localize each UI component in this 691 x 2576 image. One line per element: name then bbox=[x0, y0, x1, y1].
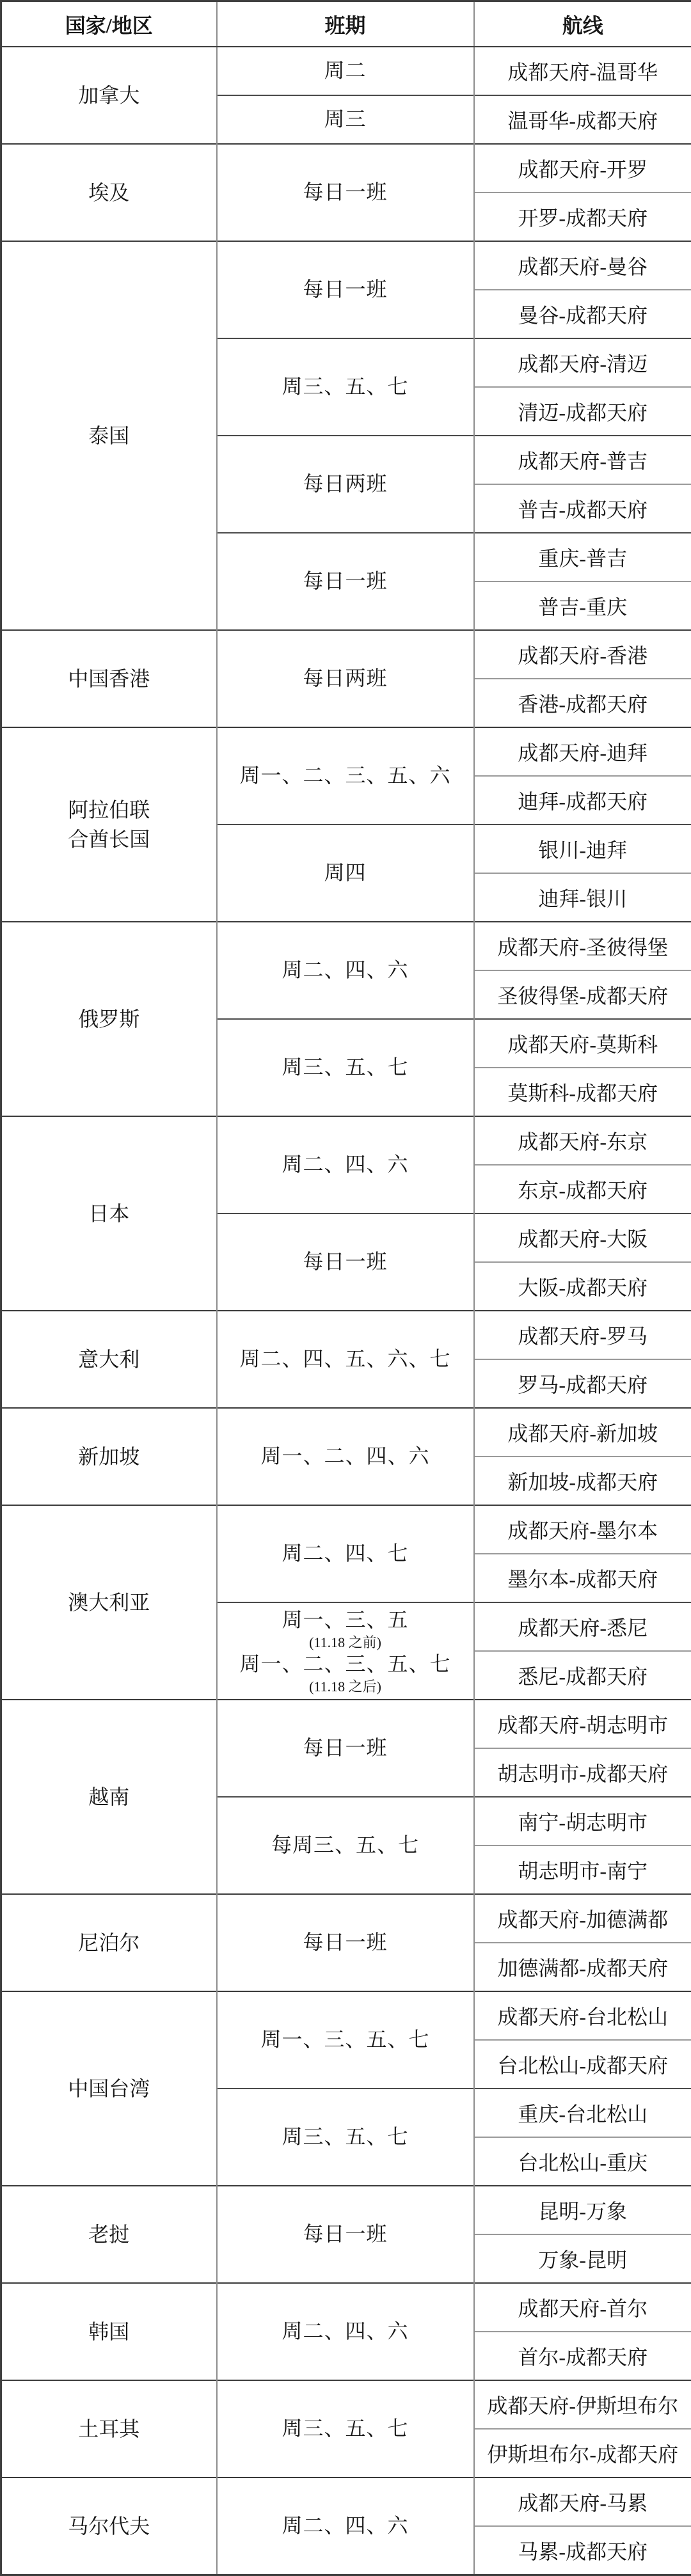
col-header-country: 国家/地区 bbox=[1, 1, 217, 47]
route-cell: 台北松山-重庆 bbox=[474, 2137, 691, 2186]
route-cell: 成都天府-迪拜 bbox=[474, 727, 691, 776]
route-cell: 胡志明市-南宁 bbox=[474, 1845, 691, 1894]
schedule-cell: 周二、四、六 bbox=[217, 1116, 474, 1213]
schedule-line: 每周三、五、七 bbox=[220, 1832, 471, 1859]
route-cell: 成都天府-曼谷 bbox=[474, 241, 691, 290]
table-row: 老挝每日一班昆明-万象 bbox=[1, 2186, 691, 2234]
route-cell: 成都天府-圣彼得堡 bbox=[474, 922, 691, 970]
schedule-line: 周二、四、六 bbox=[220, 2318, 471, 2345]
schedule-note: (11.18 之后) bbox=[220, 1678, 471, 1696]
route-cell: 成都天府-悉尼 bbox=[474, 1602, 691, 1651]
flight-schedule-page: 国家/地区 班期 航线 加拿大周二成都天府-温哥华周三温哥华-成都天府埃及每日一… bbox=[0, 0, 691, 2576]
schedule-line: 周一、三、五、七 bbox=[220, 2027, 471, 2053]
country-cell: 土耳其 bbox=[1, 2380, 217, 2477]
schedule-cell: 周二、四、六 bbox=[217, 2477, 474, 2575]
route-cell: 成都天府-首尔 bbox=[474, 2283, 691, 2332]
country-cell: 日本 bbox=[1, 1116, 217, 1311]
route-cell: 成都天府-胡志明市 bbox=[474, 1700, 691, 1748]
schedule-cell: 每日一班 bbox=[217, 1894, 474, 1991]
schedule-cell: 周二、四、七 bbox=[217, 1505, 474, 1602]
table-row: 澳大利亚周二、四、七成都天府-墨尔本 bbox=[1, 1505, 691, 1554]
col-header-route: 航线 bbox=[474, 1, 691, 47]
table-row: 俄罗斯周二、四、六成都天府-圣彼得堡 bbox=[1, 922, 691, 970]
country-cell: 意大利 bbox=[1, 1311, 217, 1408]
international-flight-table: 国家/地区 班期 航线 加拿大周二成都天府-温哥华周三温哥华-成都天府埃及每日一… bbox=[0, 0, 691, 2576]
route-cell: 南宁-胡志明市 bbox=[474, 1797, 691, 1845]
route-cell: 香港-成都天府 bbox=[474, 679, 691, 727]
route-cell: 东京-成都天府 bbox=[474, 1165, 691, 1213]
table-row: 中国香港每日两班成都天府-香港 bbox=[1, 630, 691, 679]
route-cell: 成都天府-伊斯坦布尔 bbox=[474, 2380, 691, 2429]
schedule-note: (11.18 之前) bbox=[220, 1634, 471, 1652]
table-body: 加拿大周二成都天府-温哥华周三温哥华-成都天府埃及每日一班成都天府-开罗开罗-成… bbox=[1, 47, 691, 2575]
country-cell: 泰国 bbox=[1, 241, 217, 630]
schedule-cell: 周一、三、五(11.18 之前)周一、二、三、五、七(11.18 之后) bbox=[217, 1602, 474, 1700]
country-cell: 马尔代夫 bbox=[1, 2477, 217, 2575]
schedule-line: 每日一班 bbox=[220, 1249, 471, 1276]
route-cell: 圣彼得堡-成都天府 bbox=[474, 970, 691, 1019]
country-cell: 尼泊尔 bbox=[1, 1894, 217, 1991]
route-cell: 胡志明市-成都天府 bbox=[474, 1748, 691, 1797]
schedule-line: 周二、四、六 bbox=[220, 2513, 471, 2540]
table-row: 加拿大周二成都天府-温哥华 bbox=[1, 47, 691, 95]
schedule-line: 周三、五、七 bbox=[220, 1054, 471, 1081]
table-row: 尼泊尔每日一班成都天府-加德满都 bbox=[1, 1894, 691, 1943]
country-cell: 澳大利亚 bbox=[1, 1505, 217, 1700]
table-row: 越南每日一班成都天府-胡志明市 bbox=[1, 1700, 691, 1748]
route-cell: 成都天府-东京 bbox=[474, 1116, 691, 1165]
route-cell: 悉尼-成都天府 bbox=[474, 1651, 691, 1700]
schedule-line: 周三、五、七 bbox=[220, 2415, 471, 2442]
route-cell: 重庆-台北松山 bbox=[474, 2089, 691, 2137]
schedule-cell: 周三 bbox=[217, 95, 474, 144]
table-header-row: 国家/地区 班期 航线 bbox=[1, 1, 691, 47]
schedule-line: 周四 bbox=[220, 860, 471, 887]
schedule-line: 每日一班 bbox=[220, 179, 471, 206]
table-row: 新加坡周一、二、四、六成都天府-新加坡 bbox=[1, 1408, 691, 1457]
schedule-cell: 每日一班 bbox=[217, 1700, 474, 1797]
route-cell: 新加坡-成都天府 bbox=[474, 1457, 691, 1505]
country-cell: 阿拉伯联 合酋长国 bbox=[1, 727, 217, 922]
schedule-cell: 周二、四、五、六、七 bbox=[217, 1311, 474, 1408]
route-cell: 银川-迪拜 bbox=[474, 825, 691, 873]
schedule-cell: 周三、五、七 bbox=[217, 2380, 474, 2477]
schedule-line: 每日一班 bbox=[220, 276, 471, 303]
schedule-cell: 周二 bbox=[217, 47, 474, 95]
route-cell: 成都天府-温哥华 bbox=[474, 47, 691, 95]
schedule-line: 周二、四、六 bbox=[220, 1151, 471, 1178]
route-cell: 昆明-万象 bbox=[474, 2186, 691, 2234]
schedule-cell: 每日两班 bbox=[217, 630, 474, 727]
route-cell: 万象-昆明 bbox=[474, 2234, 691, 2283]
country-cell: 越南 bbox=[1, 1700, 217, 1894]
country-cell: 老挝 bbox=[1, 2186, 217, 2283]
schedule-cell: 每日两班 bbox=[217, 436, 474, 533]
table-row: 韩国周二、四、六成都天府-首尔 bbox=[1, 2283, 691, 2332]
table-row: 阿拉伯联 合酋长国周一、二、三、五、六成都天府-迪拜 bbox=[1, 727, 691, 776]
route-cell: 迪拜-成都天府 bbox=[474, 776, 691, 825]
schedule-cell: 周一、二、三、五、六 bbox=[217, 727, 474, 825]
schedule-cell: 周四 bbox=[217, 825, 474, 922]
route-cell: 重庆-普吉 bbox=[474, 533, 691, 581]
route-cell: 开罗-成都天府 bbox=[474, 193, 691, 241]
route-cell: 成都天府-大阪 bbox=[474, 1213, 691, 1262]
table-row: 马尔代夫周二、四、六成都天府-马累 bbox=[1, 2477, 691, 2526]
table-row: 埃及每日一班成都天府-开罗 bbox=[1, 144, 691, 193]
country-cell: 新加坡 bbox=[1, 1408, 217, 1505]
country-cell: 俄罗斯 bbox=[1, 922, 217, 1116]
schedule-line: 周一、三、五 bbox=[220, 1607, 471, 1634]
route-cell: 普吉-成都天府 bbox=[474, 484, 691, 533]
col-header-schedule: 班期 bbox=[217, 1, 474, 47]
table-row: 日本周二、四、六成都天府-东京 bbox=[1, 1116, 691, 1165]
schedule-cell: 每日一班 bbox=[217, 241, 474, 338]
route-cell: 台北松山-成都天府 bbox=[474, 2040, 691, 2089]
schedule-line: 每日两班 bbox=[220, 665, 471, 692]
route-cell: 温哥华-成都天府 bbox=[474, 95, 691, 144]
schedule-line: 周三 bbox=[220, 106, 471, 133]
schedule-cell: 每日一班 bbox=[217, 1213, 474, 1311]
route-cell: 成都天府-香港 bbox=[474, 630, 691, 679]
route-cell: 首尔-成都天府 bbox=[474, 2332, 691, 2380]
schedule-cell: 每日一班 bbox=[217, 144, 474, 241]
route-cell: 成都天府-墨尔本 bbox=[474, 1505, 691, 1554]
route-cell: 成都天府-新加坡 bbox=[474, 1408, 691, 1457]
schedule-cell: 周一、三、五、七 bbox=[217, 1991, 474, 2089]
route-cell: 成都天府-开罗 bbox=[474, 144, 691, 193]
schedule-cell: 周三、五、七 bbox=[217, 338, 474, 436]
table-row: 泰国每日一班成都天府-曼谷 bbox=[1, 241, 691, 290]
schedule-cell: 周三、五、七 bbox=[217, 2089, 474, 2186]
schedule-line: 每日一班 bbox=[220, 2221, 471, 2248]
schedule-cell: 每日一班 bbox=[217, 533, 474, 630]
route-cell: 罗马-成都天府 bbox=[474, 1359, 691, 1408]
schedule-line: 周二、四、七 bbox=[220, 1540, 471, 1567]
route-cell: 马累-成都天府 bbox=[474, 2526, 691, 2575]
route-cell: 迪拜-银川 bbox=[474, 873, 691, 922]
route-cell: 加德满都-成都天府 bbox=[474, 1943, 691, 1991]
schedule-cell: 每周三、五、七 bbox=[217, 1797, 474, 1894]
route-cell: 成都天府-罗马 bbox=[474, 1311, 691, 1359]
schedule-cell: 周二、四、六 bbox=[217, 2283, 474, 2380]
route-cell: 成都天府-加德满都 bbox=[474, 1894, 691, 1943]
country-cell: 中国香港 bbox=[1, 630, 217, 727]
route-cell: 成都天府-台北松山 bbox=[474, 1991, 691, 2040]
route-cell: 大阪-成都天府 bbox=[474, 1262, 691, 1311]
route-cell: 曼谷-成都天府 bbox=[474, 290, 691, 338]
schedule-line: 周二 bbox=[220, 58, 471, 84]
route-cell: 清迈-成都天府 bbox=[474, 387, 691, 436]
table-row: 意大利周二、四、五、六、七成都天府-罗马 bbox=[1, 1311, 691, 1359]
schedule-line: 周二、四、五、六、七 bbox=[220, 1346, 471, 1373]
table-row: 中国台湾周一、三、五、七成都天府-台北松山 bbox=[1, 1991, 691, 2040]
schedule-line: 每日一班 bbox=[220, 568, 471, 595]
schedule-line: 每日一班 bbox=[220, 1735, 471, 1762]
schedule-cell: 每日一班 bbox=[217, 2186, 474, 2283]
table-row: 土耳其周三、五、七成都天府-伊斯坦布尔 bbox=[1, 2380, 691, 2429]
schedule-cell: 周一、二、四、六 bbox=[217, 1408, 474, 1505]
schedule-line: 周一、二、三、五、七 bbox=[220, 1651, 471, 1678]
route-cell: 伊斯坦布尔-成都天府 bbox=[474, 2429, 691, 2477]
country-cell: 韩国 bbox=[1, 2283, 217, 2380]
country-cell: 埃及 bbox=[1, 144, 217, 241]
route-cell: 普吉-重庆 bbox=[474, 581, 691, 630]
country-cell: 中国台湾 bbox=[1, 1991, 217, 2186]
country-cell: 加拿大 bbox=[1, 47, 217, 144]
route-cell: 成都天府-莫斯科 bbox=[474, 1019, 691, 1068]
schedule-line: 每日两班 bbox=[220, 471, 471, 498]
schedule-cell: 周三、五、七 bbox=[217, 1019, 474, 1116]
schedule-line: 每日一班 bbox=[220, 1929, 471, 1956]
schedule-line: 周三、五、七 bbox=[220, 374, 471, 400]
route-cell: 成都天府-普吉 bbox=[474, 436, 691, 484]
route-cell: 墨尔本-成都天府 bbox=[474, 1554, 691, 1602]
schedule-line: 周三、五、七 bbox=[220, 2124, 471, 2151]
schedule-line: 周二、四、六 bbox=[220, 957, 471, 984]
schedule-line: 周一、二、三、五、六 bbox=[220, 763, 471, 789]
route-cell: 莫斯科-成都天府 bbox=[474, 1068, 691, 1116]
schedule-line: 周一、二、四、六 bbox=[220, 1443, 471, 1470]
schedule-cell: 周二、四、六 bbox=[217, 922, 474, 1019]
route-cell: 成都天府-清迈 bbox=[474, 338, 691, 387]
route-cell: 成都天府-马累 bbox=[474, 2477, 691, 2526]
